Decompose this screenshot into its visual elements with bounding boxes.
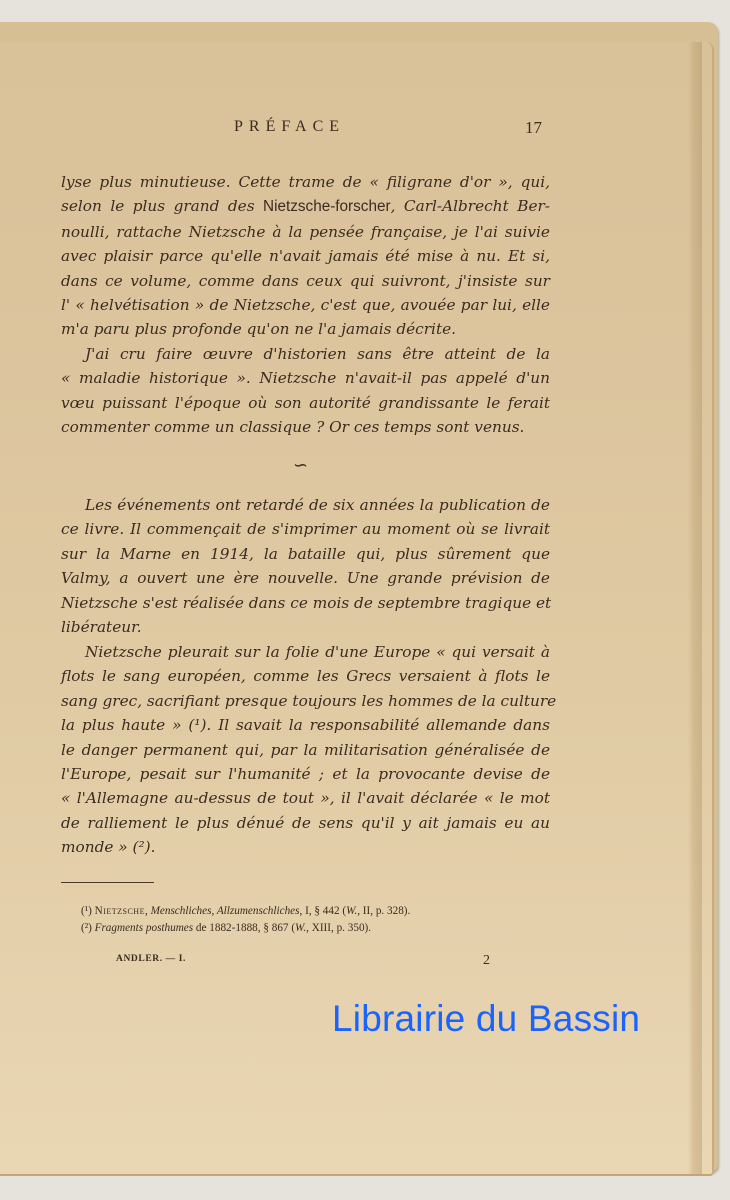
- paragraph-3: Les événements ont retardé de six années…: [61, 493, 550, 639]
- text-line: Les événements ont retardé de six années…: [61, 493, 550, 517]
- text-fragment: selon le plus grand des: [61, 197, 263, 215]
- text-line: noulli, rattache Nietzsche à la pensée f…: [61, 220, 550, 244]
- sheet-number: 2: [483, 953, 490, 969]
- page-edge: [688, 42, 702, 1174]
- text-line: avec plaisir parce qu'elle n'avait jamai…: [61, 244, 550, 268]
- text-fragment: , Carl-Albrecht Ber-: [391, 197, 550, 215]
- text-line: Nietzsche s'est réalisée dans ce mois de…: [61, 591, 550, 615]
- page-number: 17: [525, 118, 542, 138]
- text-line: sur la Marne en 1914, la bataille qui, p…: [61, 542, 550, 566]
- text-line: de ralliement le plus dénué de sens qu'i…: [61, 811, 550, 835]
- running-head: PRÉFACE 17: [0, 118, 730, 148]
- paragraph-1: lyse plus minutieuse. Cette trame de « f…: [61, 170, 550, 342]
- text-line: J'ai cru faire œuvre d'historien sans êt…: [61, 342, 550, 366]
- text-line: selon le plus grand des Nietzsche-forsch…: [61, 194, 550, 219]
- footnote-text: , II, p. 328).: [357, 905, 410, 917]
- printer-signature: ANDLER. — I.: [116, 954, 186, 964]
- footnote-author: Nietzsche: [95, 905, 145, 917]
- nietzsche-forscher-term: Nietzsche-forscher: [263, 198, 391, 215]
- text-line: libérateur.: [61, 615, 550, 639]
- footnote-marker: (¹): [81, 905, 92, 917]
- footnote-ref: W.: [295, 922, 306, 934]
- footnote-title: Menschliches, Allzumenschliches: [151, 905, 300, 917]
- running-head-title: PRÉFACE: [234, 118, 345, 136]
- paragraph-4: Nietzsche pleurait sur la folie d'une Eu…: [61, 640, 550, 860]
- footnote-1: (¹) Nietzsche, Menschliches, Allzumensch…: [81, 903, 410, 920]
- text-line: sang grec, sacrifiant presque toujours l…: [61, 689, 550, 713]
- text-line: ce livre. Il commençait de s'imprimer au…: [61, 517, 550, 541]
- text-line: flots le sang européen, comme les Grecs …: [61, 664, 550, 688]
- footnote-ref: W.: [346, 905, 357, 917]
- text-line: lyse plus minutieuse. Cette trame de « f…: [61, 170, 550, 194]
- footnote-2: (²) Fragments posthumes de 1882-1888, § …: [81, 920, 410, 937]
- text-line: l'Europe, pesait sur l'humanité ; et la …: [61, 762, 550, 786]
- text-line: le danger permanent qui, par la militari…: [61, 738, 550, 762]
- section-ornament-icon: ∽: [293, 455, 308, 476]
- paragraph-2: J'ai cru faire œuvre d'historien sans êt…: [61, 342, 550, 440]
- seller-watermark: Librairie du Bassin: [332, 998, 640, 1040]
- text-line: vœu puissant l'époque où son autorité gr…: [61, 391, 550, 415]
- text-line: monde » (²).: [61, 835, 550, 859]
- footnotes: (¹) Nietzsche, Menschliches, Allzumensch…: [81, 903, 410, 937]
- text-line: « maladie historique ». Nietzsche n'avai…: [61, 366, 550, 390]
- text-line: Valmy, a ouvert une ère nouvelle. Une gr…: [61, 566, 550, 590]
- footnote-text: , I, § 442 (: [300, 905, 347, 917]
- text-line: « l'Allemagne au-dessus de tout », il l'…: [61, 786, 550, 810]
- text-line: la plus haute » (¹). Il savait la respon…: [61, 713, 550, 737]
- text-line: Nietzsche pleurait sur la folie d'une Eu…: [61, 640, 550, 664]
- footnote-divider: [61, 882, 154, 883]
- footnote-title: Fragments posthumes: [95, 922, 194, 934]
- footnote-text: de 1882-1888, § 867 (: [193, 922, 295, 934]
- text-line: dans ce volume, comme dans ceux qui suiv…: [61, 269, 550, 293]
- text-line: m'a paru plus profonde qu'on ne l'a jama…: [61, 317, 550, 341]
- footnote-marker: (²): [81, 922, 92, 934]
- text-line: l' « helvétisation » de Nietzsche, c'est…: [61, 293, 550, 317]
- text-line: commenter comme un classique ? Or ces te…: [61, 415, 550, 439]
- footnote-text: , XIII, p. 350).: [306, 922, 371, 934]
